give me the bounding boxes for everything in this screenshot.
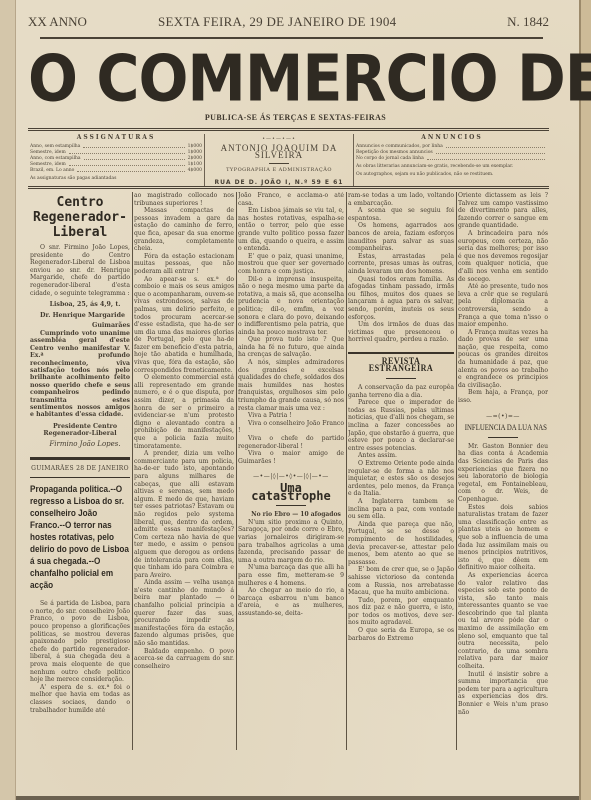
masthead-rule: [28, 128, 549, 131]
publisher-divider: [269, 163, 289, 164]
publisher-typography: TYPOGRAPHIA E ADMINISTRAÇÃO: [205, 167, 353, 175]
article-paragraph: Estes dois sabios naturalistas tratam de…: [458, 504, 548, 572]
signature-title: Presidente Centro Regenerador-Liberal: [30, 423, 130, 438]
subscriptions-note: As assignaturas são pagas adiantadas: [30, 176, 202, 182]
article-paragraph: O elemento commercial está alli represen…: [134, 374, 234, 450]
newspaper-page: XX ANNO SEXTA FEIRA, 29 DE JANEIRO DE 19…: [0, 0, 591, 800]
article-paragraph: O Extremo Oriente pode ainda regular-se …: [348, 460, 454, 498]
article-paragraph: A França muitas vezes ha dado provas de …: [458, 329, 548, 390]
article-paragraph: Mr. Gaston Bonnier deu ha dias conta á A…: [458, 443, 548, 504]
article-paragraph: Massas compactas de pessoas invadem a ga…: [134, 207, 234, 253]
column-2: ao magistrado collocado nos tribunaes su…: [134, 192, 234, 752]
article-paragraph: Fóra da estação estacionam muitas pessoa…: [134, 253, 234, 276]
article-subheading: No rio Ebro — 10 afogados: [238, 511, 344, 519]
ornament-divider: —•—|◊|—•◊•—|◊|—•—: [238, 473, 344, 481]
article-paragraph: Em Lisboa jámais se viu tal, e, nas host…: [238, 207, 344, 253]
column-5: Oriente dictassem as leis ? Talvez um ca…: [458, 192, 548, 752]
heading-rule: [276, 505, 306, 506]
infobox-rule: [28, 186, 549, 189]
info-box: ASSIGNATURAS Anno, sem estampilha1$000 S…: [28, 134, 549, 186]
publisher-name: ANTONIO JOAQUIM DA SILVEIRA: [205, 145, 353, 160]
publisher-address: RUA DE D. JOÃO I, N.º 59 E 61: [205, 179, 353, 186]
volume-label: XX ANNO: [28, 14, 87, 30]
lead-article-heading: Propaganda politica.--O regresso a Lisbo…: [30, 484, 130, 592]
article-paragraph: Parece que o imperador de todas as Russi…: [348, 399, 454, 452]
signature-name: Firmino João Lopes.: [30, 441, 130, 449]
article-paragraph: Quasi todos eram familia. As afogadas ti…: [348, 276, 454, 322]
article-paragraph: E' que o paiz, quasi unanime, mostrou qu…: [238, 253, 344, 276]
ads-title: ANNUNCIOS: [356, 134, 548, 142]
article-paragraph: Um dos irmãos de duas das victimas que p…: [348, 321, 454, 344]
ads-label: No corpo do jornal cada linha: [356, 156, 424, 162]
folio-line: XX ANNO SEXTA FEIRA, 29 DE JANEIRO DE 19…: [28, 14, 549, 34]
article-paragraph: N'um sitio proximo a Quinto, Saragoça, p…: [238, 519, 344, 565]
article-paragraph: Baldado empenho. O povo acerca-se da car…: [134, 648, 234, 671]
article-heading-revista: REVISTA ESTRANGEIRA: [353, 358, 448, 373]
article-paragraph: E' bom de crer que, se o Japão sahisse v…: [348, 566, 454, 596]
article-paragraph: Se á partida de Lisboa, para o norte, do…: [30, 600, 130, 684]
article-paragraph: A scena que se seguiu foi espantosa.: [348, 207, 454, 222]
telegram-city: Guimarães: [30, 322, 130, 330]
telegram-place: Lisboa, 25, ás 4,9, t.: [30, 301, 130, 309]
subscriptions-title: ASSIGNATURAS: [30, 134, 202, 142]
ornament-divider: —=(•)=—: [458, 413, 548, 421]
folio-rule: [40, 37, 543, 39]
article-paragraph: ram-se todas a um lado, voltando a embar…: [348, 192, 454, 207]
issue-number: N. 1842: [507, 14, 549, 30]
article-paragraph: Ao apear-se s. ex.ª do comboio e mais os…: [134, 276, 234, 375]
article-paragraph: As experiencias ácerca do valor relativo…: [458, 572, 548, 671]
article-paragraph: ao magistrado collocado nos tribunaes su…: [134, 192, 234, 207]
article-paragraph: A nós, simples admiradores dos grandes e…: [238, 359, 344, 412]
issue-date: SEXTA FEIRA, 29 DE JANEIRO DE 1904: [158, 14, 396, 30]
column-3: João Franco, e acclama-o até casa. Em Li…: [238, 192, 344, 752]
article-paragraph: Estas, arrastadas pela corrente, presas …: [348, 253, 454, 276]
article-paragraph: Bem haja, a França, por isso.: [458, 389, 548, 404]
ads-box: ANNUNCIOS Annuncios e communicados, por …: [356, 134, 548, 186]
telegram-body: Cumprindo voto unanime assembléa geral d…: [30, 330, 130, 419]
ads-row: No corpo do jornal cada linha: [356, 156, 548, 162]
cheer-line: Viva a Patria !: [238, 412, 344, 420]
section-rule: [348, 352, 454, 354]
section-rule: [30, 477, 130, 478]
article-paragraph: O que seria da Europa, se os barbaros do…: [348, 627, 454, 642]
article-paragraph: Os homens, agarrados aos bancos de areia…: [348, 222, 454, 252]
masthead-title: O COMMERCIO DE GUIMARÃES: [28, 50, 500, 119]
page-edge-bottom: [16, 796, 579, 800]
article-paragraph: Antes assim.: [348, 452, 454, 460]
telegram-recipient: Dr. Henrique Margaride: [30, 312, 130, 320]
article-paragraph: Ainda assim — velha usança n'este cantin…: [134, 579, 234, 647]
article-paragraph: Ao chegar ao meio do rio, a barcaça esba…: [238, 587, 344, 617]
subscriptions-box: ASSIGNATURAS Anno, sem estampilha1$000 S…: [30, 134, 202, 186]
column-4: ram-se todas a um lado, voltando a embar…: [348, 192, 454, 752]
publisher-box: •—•—•—• ANTONIO JOAQUIM DA SILVEIRA TYPO…: [204, 134, 354, 186]
article-paragraph: João Franco, e acclama-o até casa.: [238, 192, 344, 207]
article-paragraph: Dil-o a imprensa insuspeita, não o nega …: [238, 276, 344, 337]
article-paragraph: Tudo, porem, por emquanto nos diz paz e …: [348, 597, 454, 627]
article-paragraph: O snr. Firmino João Lopes, presidente do…: [30, 244, 130, 297]
ads-note-1: As obras litterarias annunciam-se gratis…: [356, 164, 548, 170]
section-rule: [30, 457, 130, 460]
article-columns: Centro Regenerador-Liberal O snr. Firmin…: [28, 192, 548, 752]
heading-rule: [386, 378, 416, 379]
article-paragraph: N'uma barcaça das que alli ha para esse …: [238, 564, 344, 587]
article-heading-influencia: INFLUENCIA DA LUA NAS COLHEITAS: [465, 424, 542, 432]
cheer-line: Viva o maior amigo de Guimarães !: [238, 450, 344, 465]
article-paragraph: Até ao presente, tudo nos leva a crêr qu…: [458, 283, 548, 329]
column-1: Centro Regenerador-Liberal O snr. Firmin…: [30, 192, 130, 752]
masthead-tagline: PUBLICA-SE ÁS TERÇAS E SEXTAS-FEIRAS: [0, 113, 591, 122]
subscription-price: 4$000: [188, 168, 202, 174]
dateline: GUIMARÃES 28 DE JANEIRO: [30, 465, 130, 473]
article-paragraph: Ainda que pareça que não, Portugal, se s…: [348, 521, 454, 567]
article-paragraph: A Inglaterra tambem se inclina para a pa…: [348, 498, 454, 521]
subscription-row: Brazil, em. Lo anno4$000: [30, 168, 202, 174]
article-paragraph: Inutil é insistir sobre a summa importan…: [458, 671, 548, 717]
cheer-line: Viva o chefe do partido regenerador-libe…: [238, 435, 344, 450]
article-paragraph: A' espera de s. ex.ª foi o melhor que ha…: [30, 684, 130, 714]
subscription-label: Brazil, em. Lo anno: [30, 168, 74, 174]
article-paragraph: Que prova tudo isto ? Que ainda ha fé no…: [238, 336, 344, 359]
article-heading-catastrophe: Uma catastrophe: [238, 485, 344, 500]
article-heading-centro: Centro Regenerador-Liberal: [30, 195, 130, 240]
cheer-line: Viva o conselheiro João Franco !: [238, 420, 344, 435]
article-paragraph: A brincadeira para nós europeus, com cer…: [458, 230, 548, 283]
article-paragraph: A conservação da paz europêa ganha terre…: [348, 384, 454, 399]
article-paragraph: A prender, dizia um velho commerciante p…: [134, 450, 234, 579]
ads-note-2: Os autographos, sejam ou não publicados,…: [356, 172, 548, 178]
article-paragraph: Oriente dictassem as leis ? Talvez um ca…: [458, 192, 548, 230]
heading-rule: [488, 437, 518, 438]
